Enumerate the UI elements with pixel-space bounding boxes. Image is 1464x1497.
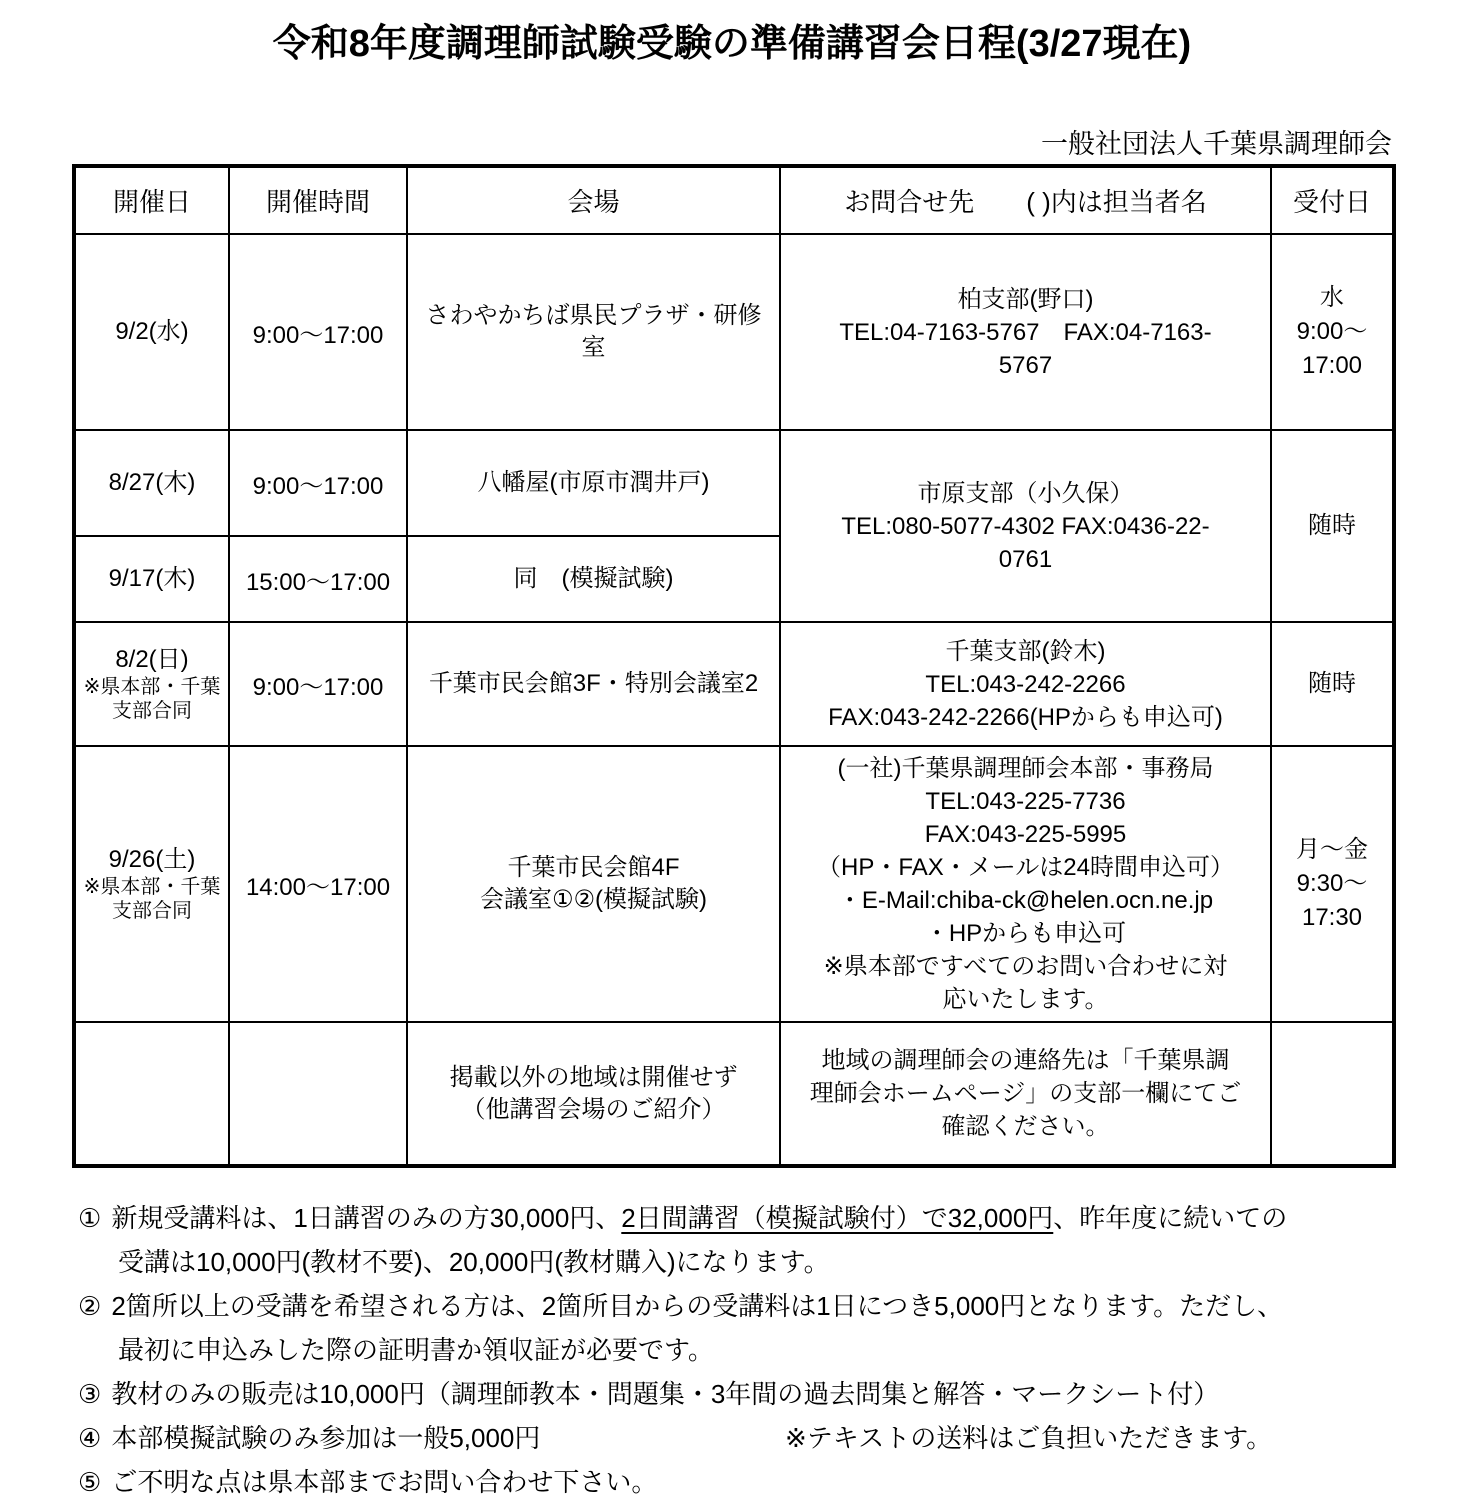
other-areas-note: 掲載以外の地域は開催せず （他講習会場のご紹介） (407, 1022, 780, 1166)
session-time: 15:00～17:00 (229, 536, 407, 622)
session-venue: 同 (模擬試験) (407, 536, 780, 622)
footnote-4-marker: ④ (78, 1423, 101, 1453)
header-row: 開催日 開催時間 会場 お問合せ先 ( )内は担当者名 受付日 (74, 166, 1394, 234)
table-row-other-areas: 掲載以外の地域は開催せず （他講習会場のご紹介） 地域の調理師会の連絡先は「千葉… (74, 1022, 1394, 1166)
footnote-2-line-2: 最初に申込みした際の証明書か領収証が必要です。 (78, 1328, 1408, 1372)
header-date: 開催日 (74, 166, 229, 234)
table-row-kashiwa: 9/2(水) 9:00～17:00 さわやかちば県民プラザ・研修室 柏支部(野口… (74, 234, 1394, 430)
contact-info: 市原支部（小久保） TEL:080-5077-4302 FAX:0436-22-… (780, 430, 1271, 622)
footnote-5-marker: ⑤ (78, 1467, 101, 1497)
empty-cell (74, 1022, 229, 1166)
session-venue: 千葉市民会館3F・特別会議室2 (407, 622, 780, 746)
session-date: 9/2(水) (74, 234, 229, 430)
footnote-1-line-1: ①新規受講料は、1日講習のみの方30,000円、2日間講習（模擬試験付）で32,… (78, 1196, 1408, 1240)
footnote-1-text: 新規受講料は、1日講習のみの方30,000円、 (111, 1203, 621, 1233)
table-row-chiba: 8/2(日) ※県本部・千葉 支部合同 9:00～17:00 千葉市民会館3F・… (74, 622, 1394, 746)
session-date-value: 9/26(土) (82, 845, 222, 875)
table-row-ichihara-1: 8/27(木) 9:00～17:00 八幡屋(市原市潤井戸) 市原支部（小久保）… (74, 430, 1394, 536)
reception-hours: 随時 (1271, 622, 1394, 746)
other-areas-contact-note: 地域の調理師会の連絡先は「千葉県調 理師会ホームページ」の支部一欄にてご 確認く… (780, 1022, 1271, 1166)
session-date-note: ※県本部・千葉 支部合同 (82, 675, 222, 723)
reception-hours: 水 9:00～ 17:00 (1271, 234, 1394, 430)
session-date: 9/26(土) ※県本部・千葉 支部合同 (74, 746, 229, 1022)
schedule-table: 開催日 開催時間 会場 お問合せ先 ( )内は担当者名 受付日 9/2(水) 9… (72, 164, 1396, 1168)
footnote-5-text: ご不明な点は県本部までお問い合わせ下さい。 (111, 1467, 657, 1497)
session-time: 9:00～17:00 (229, 234, 407, 430)
table-row-honbu: 9/26(土) ※県本部・千葉 支部合同 14:00～17:00 千葉市民会館4… (74, 746, 1394, 1022)
session-venue: 八幡屋(市原市潤井戸) (407, 430, 780, 536)
footnote-2-line-1: ②2箇所以上の受講を希望される方は、2箇所目からの受講料は1日につき5,000円… (78, 1284, 1408, 1328)
shipping-fee-note: ※テキストの送料はご負担いただきます。 (785, 1416, 1272, 1460)
document-page: 令和8年度調理師試験受験の準備講習会日程(3/27現在) 一般社団法人千葉県調理… (0, 0, 1464, 1497)
reception-hours: 月～金 9:30～ 17:30 (1271, 746, 1394, 1022)
session-date: 8/27(木) (74, 430, 229, 536)
session-date: 9/17(木) (74, 536, 229, 622)
footnote-5: ⑤ご不明な点は県本部までお問い合わせ下さい。 (78, 1460, 1408, 1497)
footnote-3: ③教材のみの販売は10,000円（調理師教本・問題集・3年間の過去問集と解答・マ… (78, 1372, 1408, 1416)
session-time: 14:00～17:00 (229, 746, 407, 1022)
footnote-4: ④本部模擬試験のみ参加は一般5,000円 ※テキストの送料はご負担いただきます。 (78, 1416, 1408, 1460)
footnote-3-marker: ③ (78, 1379, 101, 1409)
header-venue: 会場 (407, 166, 780, 234)
footnote-2-marker: ② (78, 1291, 101, 1321)
session-venue: 千葉市民会館4F 会議室①②(模擬試験) (407, 746, 780, 1022)
header-reception: 受付日 (1271, 166, 1394, 234)
organization-name: 一般社団法人千葉県調理師会 (72, 122, 1392, 161)
footnotes: ①新規受講料は、1日講習のみの方30,000円、2日間講習（模擬試験付）で32,… (78, 1196, 1408, 1497)
session-date: 8/2(日) ※県本部・千葉 支部合同 (74, 622, 229, 746)
session-date-note: ※県本部・千葉 支部合同 (82, 875, 222, 923)
header-contact: お問合せ先 ( )内は担当者名 (780, 166, 1271, 234)
empty-cell (229, 1022, 407, 1166)
session-time: 9:00～17:00 (229, 622, 407, 746)
session-venue: さわやかちば県民プラザ・研修室 (407, 234, 780, 430)
footnote-1-line-2: 受講は10,000円(教材不要)、20,000円(教材購入)になります。 (78, 1240, 1408, 1284)
header-time: 開催時間 (229, 166, 407, 234)
footnote-1-marker: ① (78, 1203, 101, 1233)
contact-info-honbu: (一社)千葉県調理師会本部・事務局 TEL:043-225-7736 FAX:0… (780, 746, 1271, 1022)
contact-info: 柏支部(野口) TEL:04-7163-5767 FAX:04-7163- 57… (780, 234, 1271, 430)
footnote-3-text: 教材のみの販売は10,000円（調理師教本・問題集・3年間の過去問集と解答・マー… (111, 1379, 1219, 1409)
session-date-value: 8/2(日) (82, 645, 222, 675)
empty-cell (1271, 1022, 1394, 1166)
page-title: 令和8年度調理師試験受験の準備講習会日程(3/27現在) (0, 12, 1464, 67)
session-time: 9:00～17:00 (229, 430, 407, 536)
footnote-4-text: 本部模擬試験のみ参加は一般5,000円 (111, 1423, 540, 1453)
reception-hours: 随時 (1271, 430, 1394, 622)
contact-info: 千葉支部(鈴木) TEL:043-242-2266 FAX:043-242-22… (780, 622, 1271, 746)
footnote-1-text-after: 、昨年度に続いての (1053, 1203, 1287, 1233)
footnote-2-text: 2箇所以上の受講を希望される方は、2箇所目からの受講料は1日につき5,000円と… (111, 1291, 1283, 1321)
footnote-1-underlined-text: 2日間講習（模擬試験付）で32,000円 (621, 1203, 1053, 1233)
